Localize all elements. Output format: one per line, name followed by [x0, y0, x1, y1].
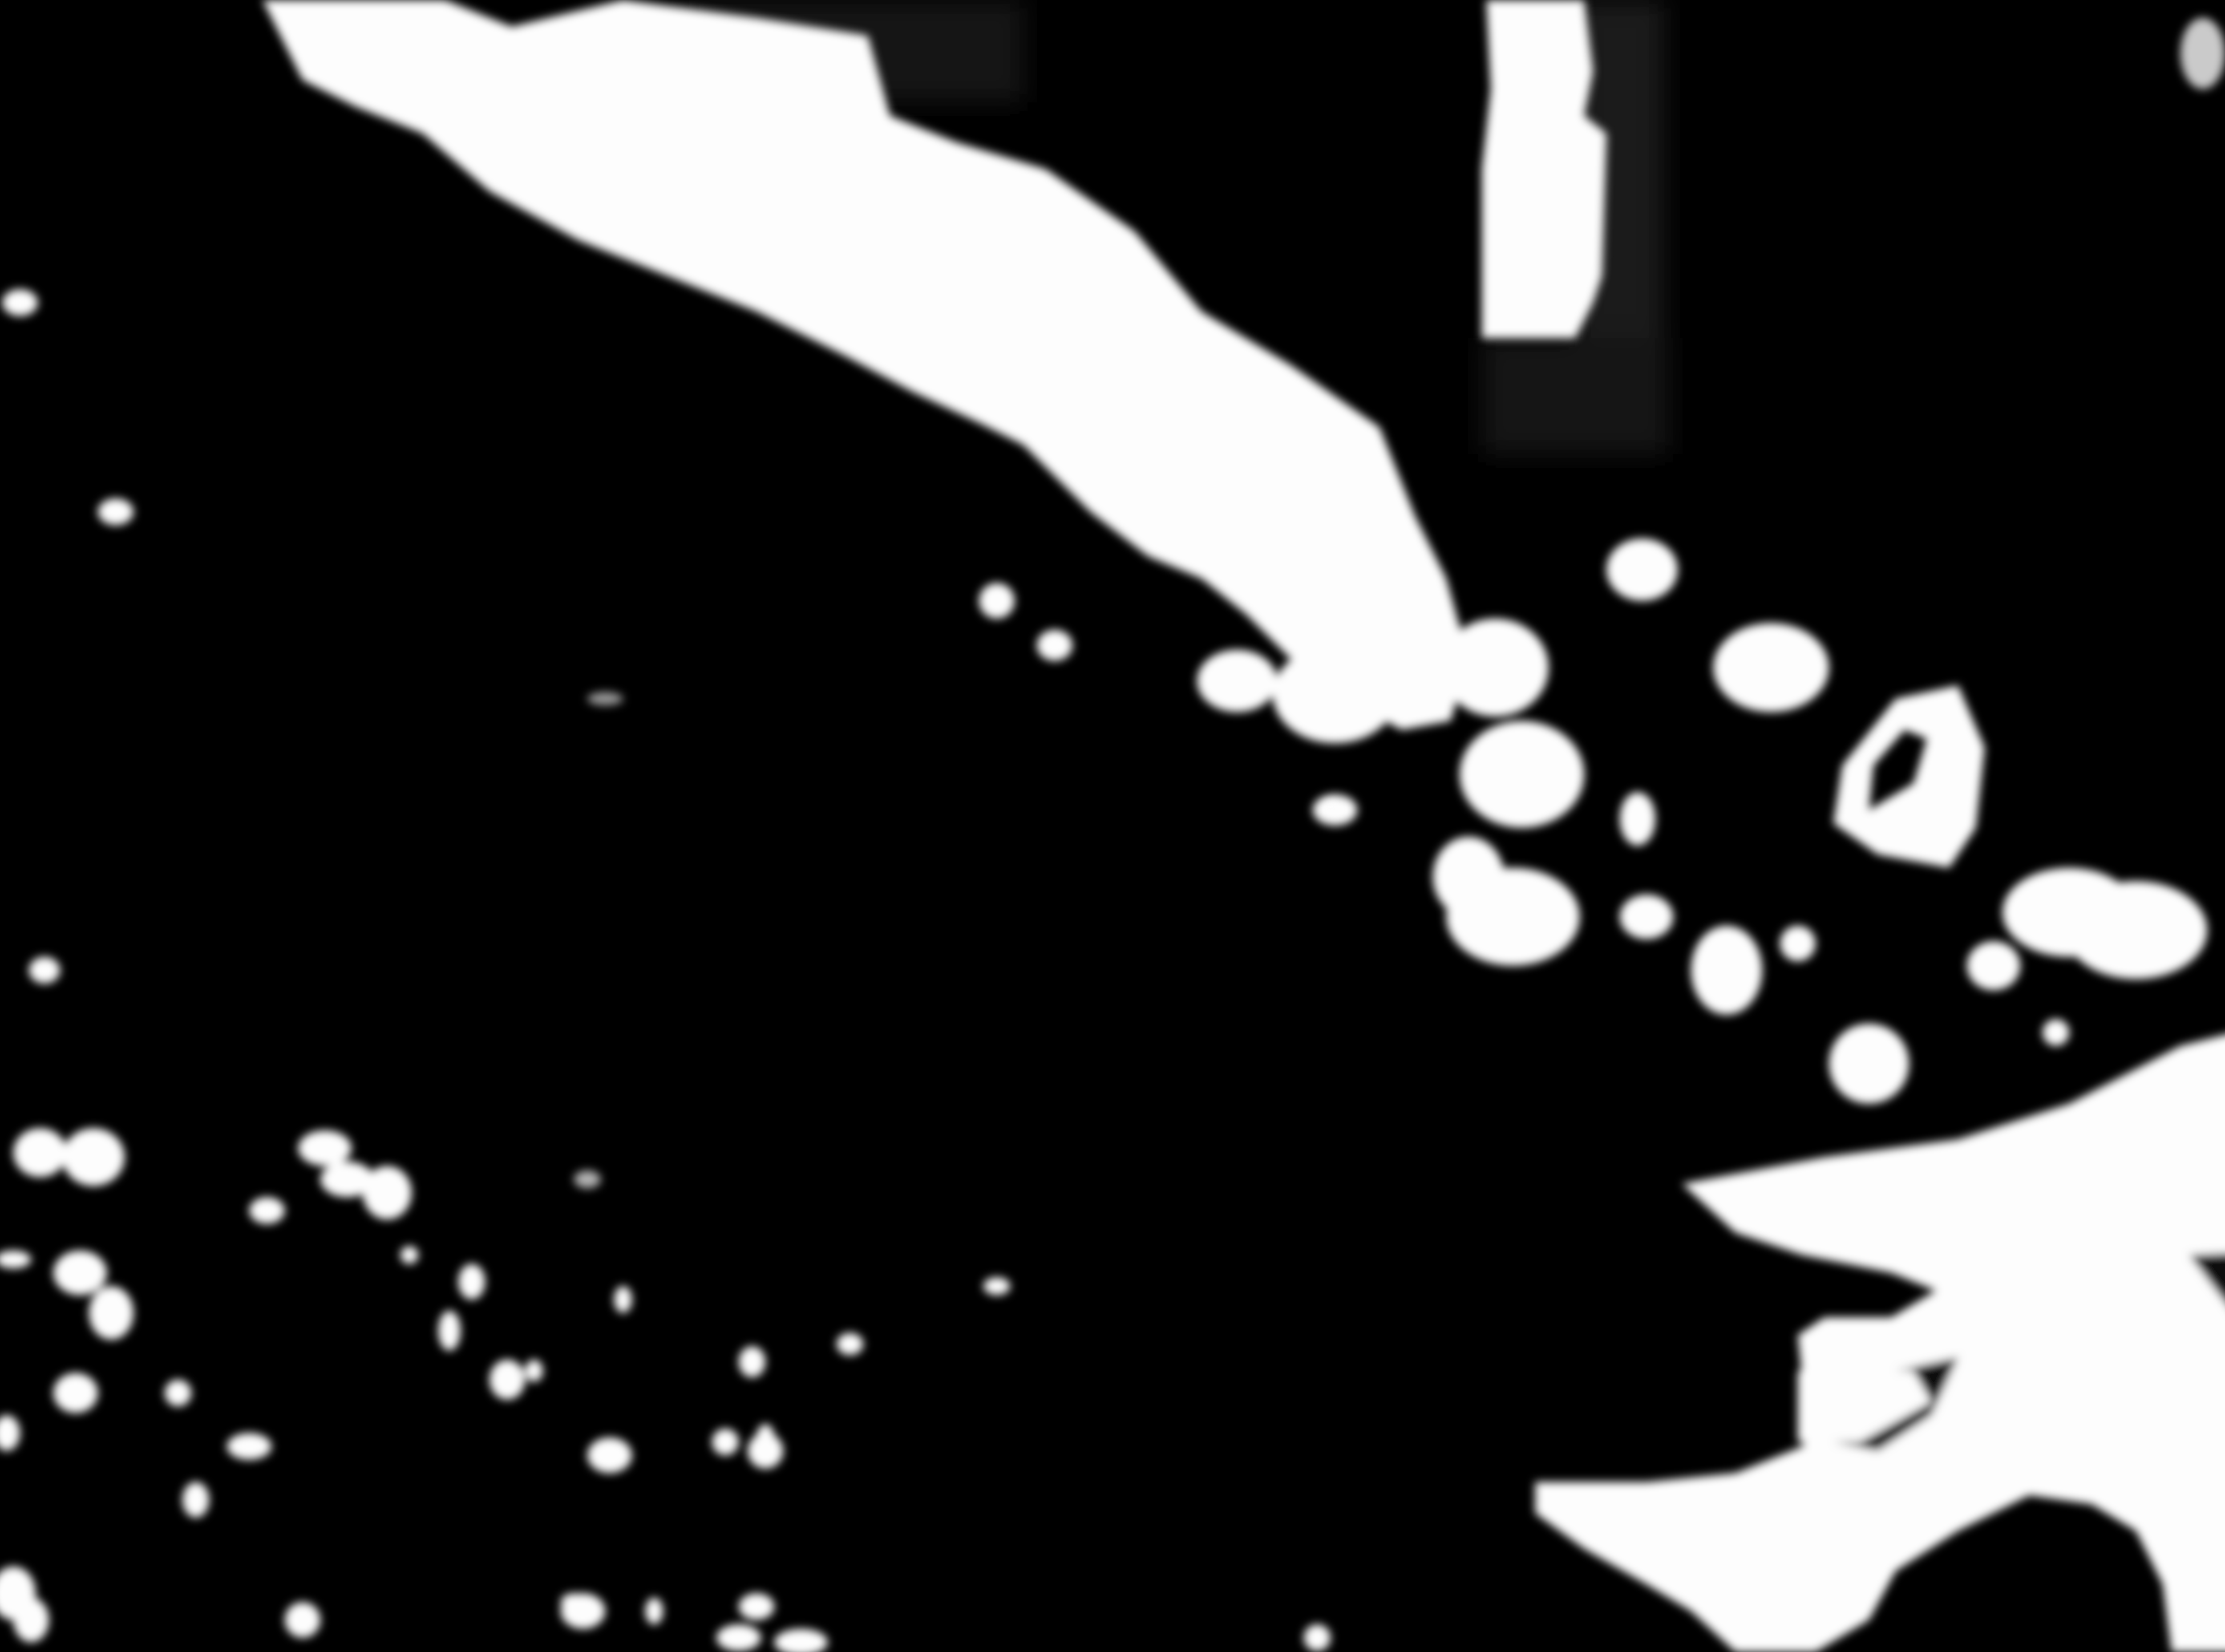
- cloud-mask-image: [0, 0, 2225, 1652]
